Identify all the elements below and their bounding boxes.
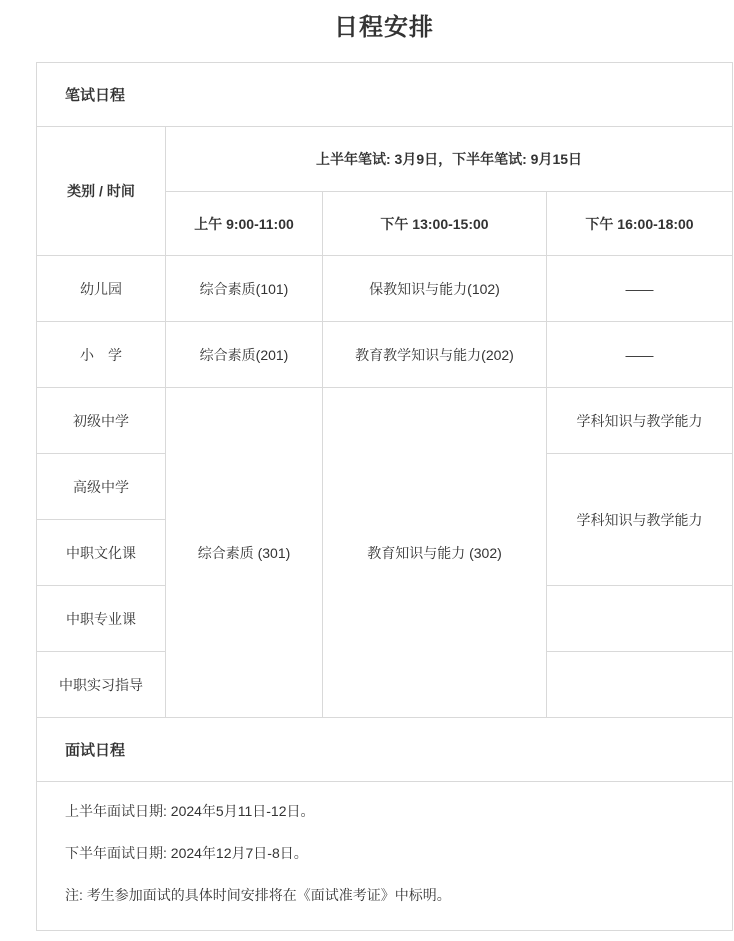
category-kindergarten: 幼儿园 xyxy=(37,256,166,322)
page: 日程安排 笔试日程 类别 / 时间 上半年笔试: 3月9日，下半年笔试: 9月1… xyxy=(0,0,734,941)
content-area: 日程安排 笔试日程 类别 / 时间 上半年笔试: 3月9日，下半年笔试: 9月1… xyxy=(36,13,732,931)
empty-cell xyxy=(547,586,733,652)
subject-202-cell: 教育教学知识与能力(202) xyxy=(323,322,547,388)
table-row-junior-middle: 初级中学 综合素质 (301) 教育知识与能力 (302) 学科知识与教学能力 xyxy=(37,388,733,454)
subject-201-cell: 综合素质(201) xyxy=(166,322,323,388)
category-vocational-major: 中职专业课 xyxy=(37,586,166,652)
interview-note-remark: 注: 考生参加面试的具体时间安排将在《面试准考证》中标明。 xyxy=(65,874,720,916)
no-exam-dash-cell: —— xyxy=(547,256,733,322)
corner-label-cell: 类别 / 时间 xyxy=(37,127,166,256)
exam-dates-cell: 上半年笔试: 3月9日，下半年笔试: 9月15日 xyxy=(166,127,733,192)
subject-302-merged-cell: 教育知识与能力 (302) xyxy=(323,388,547,718)
subject-knowledge-senior-merged-cell: 学科知识与教学能力 xyxy=(547,454,733,586)
subject-301-merged-cell: 综合素质 (301) xyxy=(166,388,323,718)
interview-notes-row: 上半年面试日期: 2024年5月11日-12日。 下半年面试日期: 2024年1… xyxy=(37,782,733,931)
interview-note-second-half: 下半年面试日期: 2024年12月7日-8日。 xyxy=(65,832,720,874)
table-row-kindergarten: 幼儿园 综合素质(101) 保教知识与能力(102) —— xyxy=(37,256,733,322)
category-junior-middle: 初级中学 xyxy=(37,388,166,454)
empty-cell xyxy=(547,652,733,718)
category-vocational-internship: 中职实习指导 xyxy=(37,652,166,718)
interview-section-title: 面试日程 xyxy=(37,718,733,782)
subject-knowledge-junior-cell: 学科知识与教学能力 xyxy=(547,388,733,454)
schedule-table: 笔试日程 类别 / 时间 上半年笔试: 3月9日，下半年笔试: 9月15日 上午… xyxy=(36,62,733,931)
written-exam-section-row: 笔试日程 xyxy=(37,63,733,127)
interview-notes-cell: 上半年面试日期: 2024年5月11日-12日。 下半年面试日期: 2024年1… xyxy=(37,782,733,931)
table-row-primary: 小 学 综合素质(201) 教育教学知识与能力(202) —— xyxy=(37,322,733,388)
interview-section-row: 面试日程 xyxy=(37,718,733,782)
category-senior-middle: 高级中学 xyxy=(37,454,166,520)
category-vocational-culture: 中职文化课 xyxy=(37,520,166,586)
no-exam-dash-cell: —— xyxy=(547,322,733,388)
subject-101-cell: 综合素质(101) xyxy=(166,256,323,322)
subject-102-cell: 保教知识与能力(102) xyxy=(323,256,547,322)
time-header-morning: 上午 9:00-11:00 xyxy=(166,192,323,256)
page-title: 日程安排 xyxy=(36,13,732,42)
category-primary: 小 学 xyxy=(37,322,166,388)
written-exam-section-title: 笔试日程 xyxy=(37,63,733,127)
exam-dates-row: 类别 / 时间 上半年笔试: 3月9日，下半年笔试: 9月15日 xyxy=(37,127,733,192)
time-header-afternoon-early: 下午 13:00-15:00 xyxy=(323,192,547,256)
interview-note-first-half: 上半年面试日期: 2024年5月11日-12日。 xyxy=(65,790,720,832)
time-header-afternoon-late: 下午 16:00-18:00 xyxy=(547,192,733,256)
